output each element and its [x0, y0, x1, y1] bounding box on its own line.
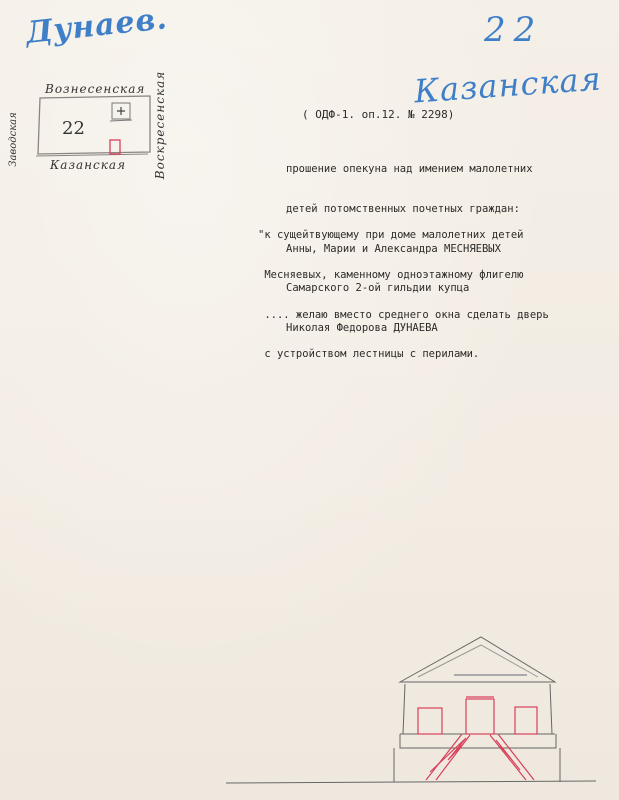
facade-drawing: [0, 0, 619, 800]
red-pencil-additions: [418, 697, 537, 780]
document-page: Дунаев. 22 Казанская Вознесенская Казанс…: [0, 0, 619, 800]
building-outline: [226, 637, 596, 783]
